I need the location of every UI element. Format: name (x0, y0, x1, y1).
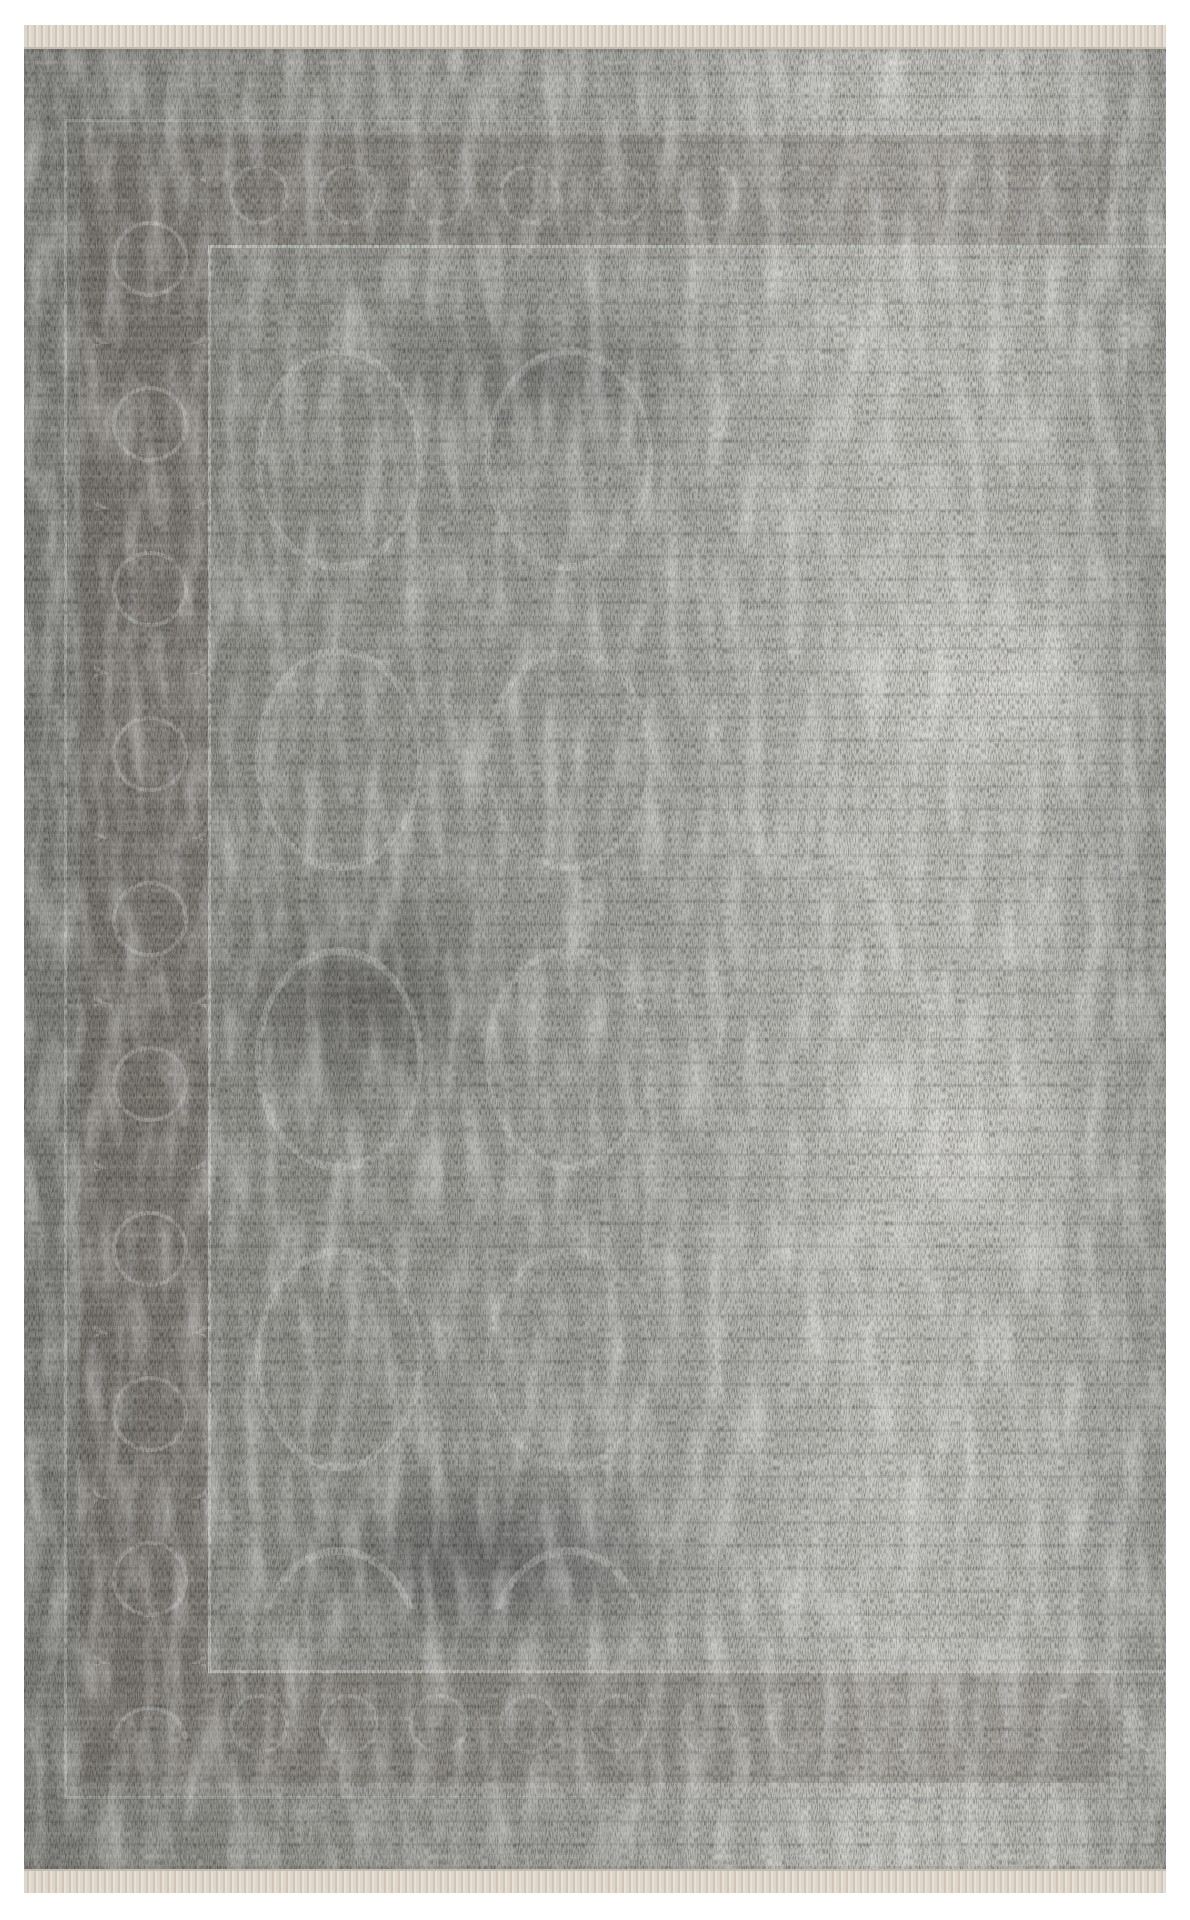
fringe-top (24, 25, 1166, 49)
distress-noise-light (24, 49, 1166, 1869)
rug-field (24, 49, 1166, 1869)
rug (24, 25, 1166, 1893)
fringe-bottom (24, 1869, 1166, 1893)
